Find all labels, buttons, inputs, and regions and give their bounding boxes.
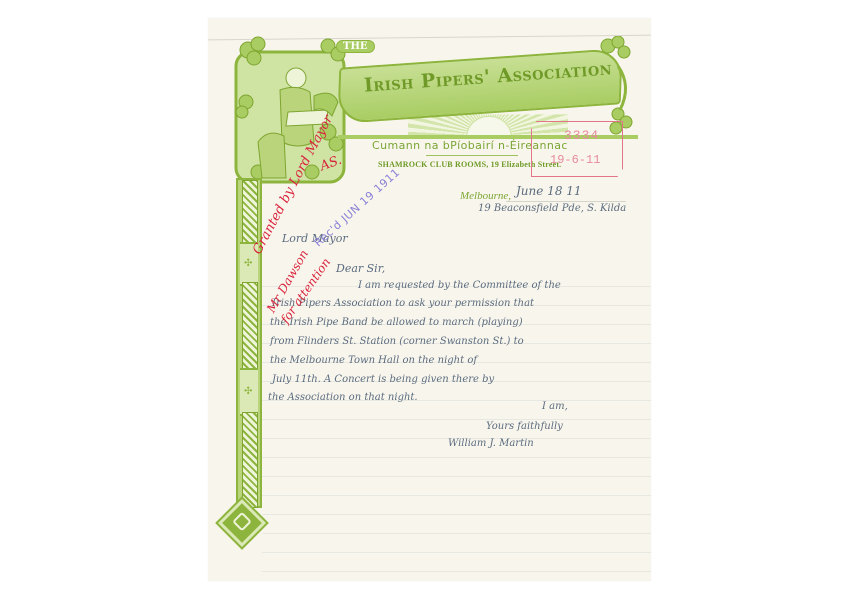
date-rule <box>506 201 626 202</box>
salutation: Dear Sir, <box>336 262 385 275</box>
knot-segment <box>242 412 258 508</box>
city-label: Melbourne, <box>460 190 511 202</box>
body-line: I am requested by the Committee of the <box>358 280 561 291</box>
letter-paper: THE Irish Pipers' Association Cumann na … <box>208 18 651 581</box>
sender-address: 19 Beaconsfield Pde, S. Kilda <box>478 203 626 214</box>
body-line: the Irish Pipe Band be allowed to march … <box>270 317 523 328</box>
knot-segment <box>242 282 258 370</box>
the-label: THE <box>336 40 375 53</box>
registry-stamp-date: 19-6-11 <box>550 153 600 167</box>
border-panel: ✣ <box>240 368 258 416</box>
divider <box>426 155 518 156</box>
body-line: from Flinders St. Station (corner Swanst… <box>270 336 524 347</box>
ruled-lines <box>262 268 651 581</box>
registry-stamp-number: 3334 <box>564 128 599 143</box>
closing-i-am: I am, <box>542 401 568 412</box>
celtic-knot-border: ✣ ✣ <box>236 178 262 508</box>
cross-icon: ✣ <box>244 258 252 269</box>
knot-segment <box>242 180 258 244</box>
letter-date: June 18 11 <box>516 184 582 198</box>
closing-yours-faithfully: Yours faithfully <box>486 421 563 432</box>
body-line: July 11th. A Concert is being given ther… <box>272 374 494 385</box>
cross-icon: ✣ <box>244 386 252 397</box>
body-line: the Melbourne Town Hall on the night of <box>270 355 477 366</box>
body-line: the Association on that night. <box>268 392 418 403</box>
body-line: Irish Pipers Association to ask your per… <box>272 298 534 309</box>
signature: William J. Martin <box>448 438 534 449</box>
